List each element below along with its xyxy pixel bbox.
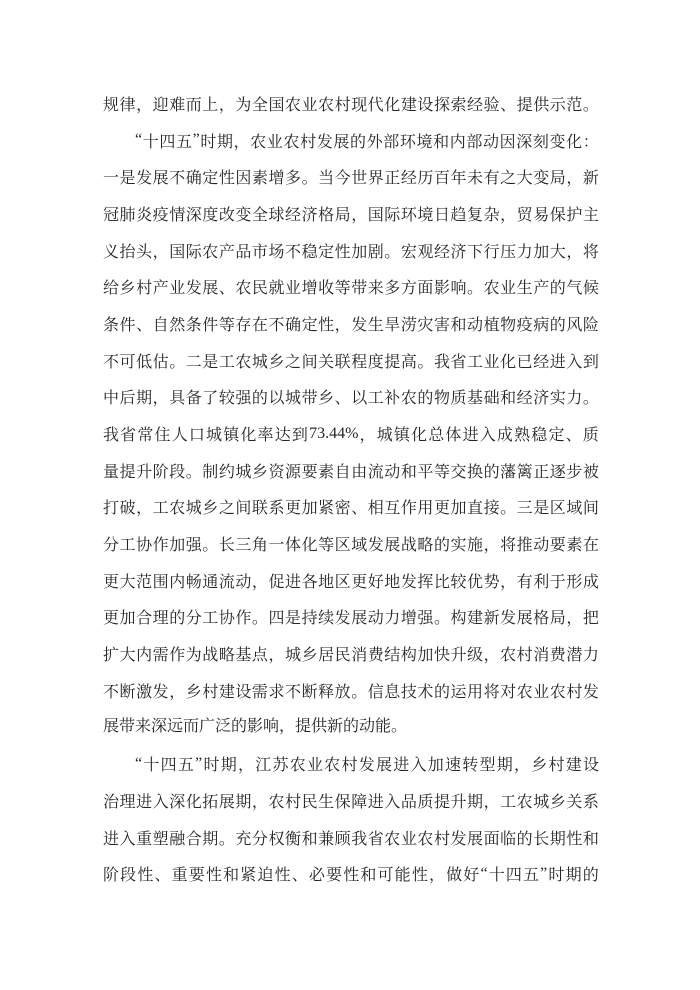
text-line: 中后期，具备了较强的以城带乡、以工补农的物质基础和经济实力。 <box>103 379 599 416</box>
text-line: 治理进入深化拓展期，农村民生保障进入品质提升期，工农城乡关系 <box>103 782 599 819</box>
text-line: 给乡村产业发展、农民就业增收等带来多方面影响。农业生产的气候 <box>103 268 599 305</box>
text-line: “十四五”时期，农业农村发展的外部环境和内部动因深刻变化： <box>103 122 599 159</box>
text-line: 不可低估。二是工农城乡之间关联程度提高。我省工业化已经进入到 <box>103 342 599 379</box>
document-page: 规律，迎难而上，为全国农业农村现代化建设探索经验、提供示范。“十四五”时期，农业… <box>0 0 700 990</box>
text-line: “十四五”时期，江苏农业农村发展进入加速转型期，乡村建设 <box>103 745 599 782</box>
text-line: 规律，迎难而上，为全国农业农村现代化建设探索经验、提供示范。 <box>103 85 599 122</box>
text-line: 冠肺炎疫情深度改变全球经济格局，国际环境日趋复杂，贸易保护主 <box>103 195 599 232</box>
text-line: 条件、自然条件等存在不确定性，发生旱涝灾害和动植物疫病的风险 <box>103 305 599 342</box>
text-line: 更大范围内畅通流动，促进各地区更好地发挥比较优势，有利于形成 <box>103 562 599 599</box>
text-line: 扩大内需作为战略基点，城乡居民消费结构加快升级，农村消费潜力 <box>103 635 599 672</box>
text-line: 不断激发，乡村建设需求不断释放。信息技术的运用将对农业农村发 <box>103 672 599 709</box>
text-line: 展带来深远而广泛的影响，提供新的动能。 <box>103 709 599 746</box>
text-line: 我省常住人口城镇化率达到73.44%，城镇化总体进入成熟稳定、质 <box>103 415 599 452</box>
text-line: 阶段性、重要性和紧迫性、必要性和可能性，做好“十四五”时期的 <box>103 855 599 892</box>
document-body: 规律，迎难而上，为全国农业农村现代化建设探索经验、提供示范。“十四五”时期，农业… <box>103 85 599 892</box>
text-line: 一是发展不确定性因素增多。当今世界正经历百年未有之大变局，新 <box>103 158 599 195</box>
text-line: 分工协作加强。长三角一体化等区域发展战略的实施，将推动要素在 <box>103 525 599 562</box>
text-line: 更加合理的分工协作。四是持续发展动力增强。构建新发展格局，把 <box>103 599 599 636</box>
text-line: 进入重塑融合期。充分权衡和兼顾我省农业农村发展面临的长期性和 <box>103 819 599 856</box>
text-line: 义抬头，国际农产品市场不稳定性加剧。宏观经济下行压力加大，将 <box>103 232 599 269</box>
text-line: 量提升阶段。制约城乡资源要素自由流动和平等交换的藩篱正逐步被 <box>103 452 599 489</box>
text-line: 打破，工农城乡之间联系更加紧密、相互作用更加直接。三是区域间 <box>103 489 599 526</box>
